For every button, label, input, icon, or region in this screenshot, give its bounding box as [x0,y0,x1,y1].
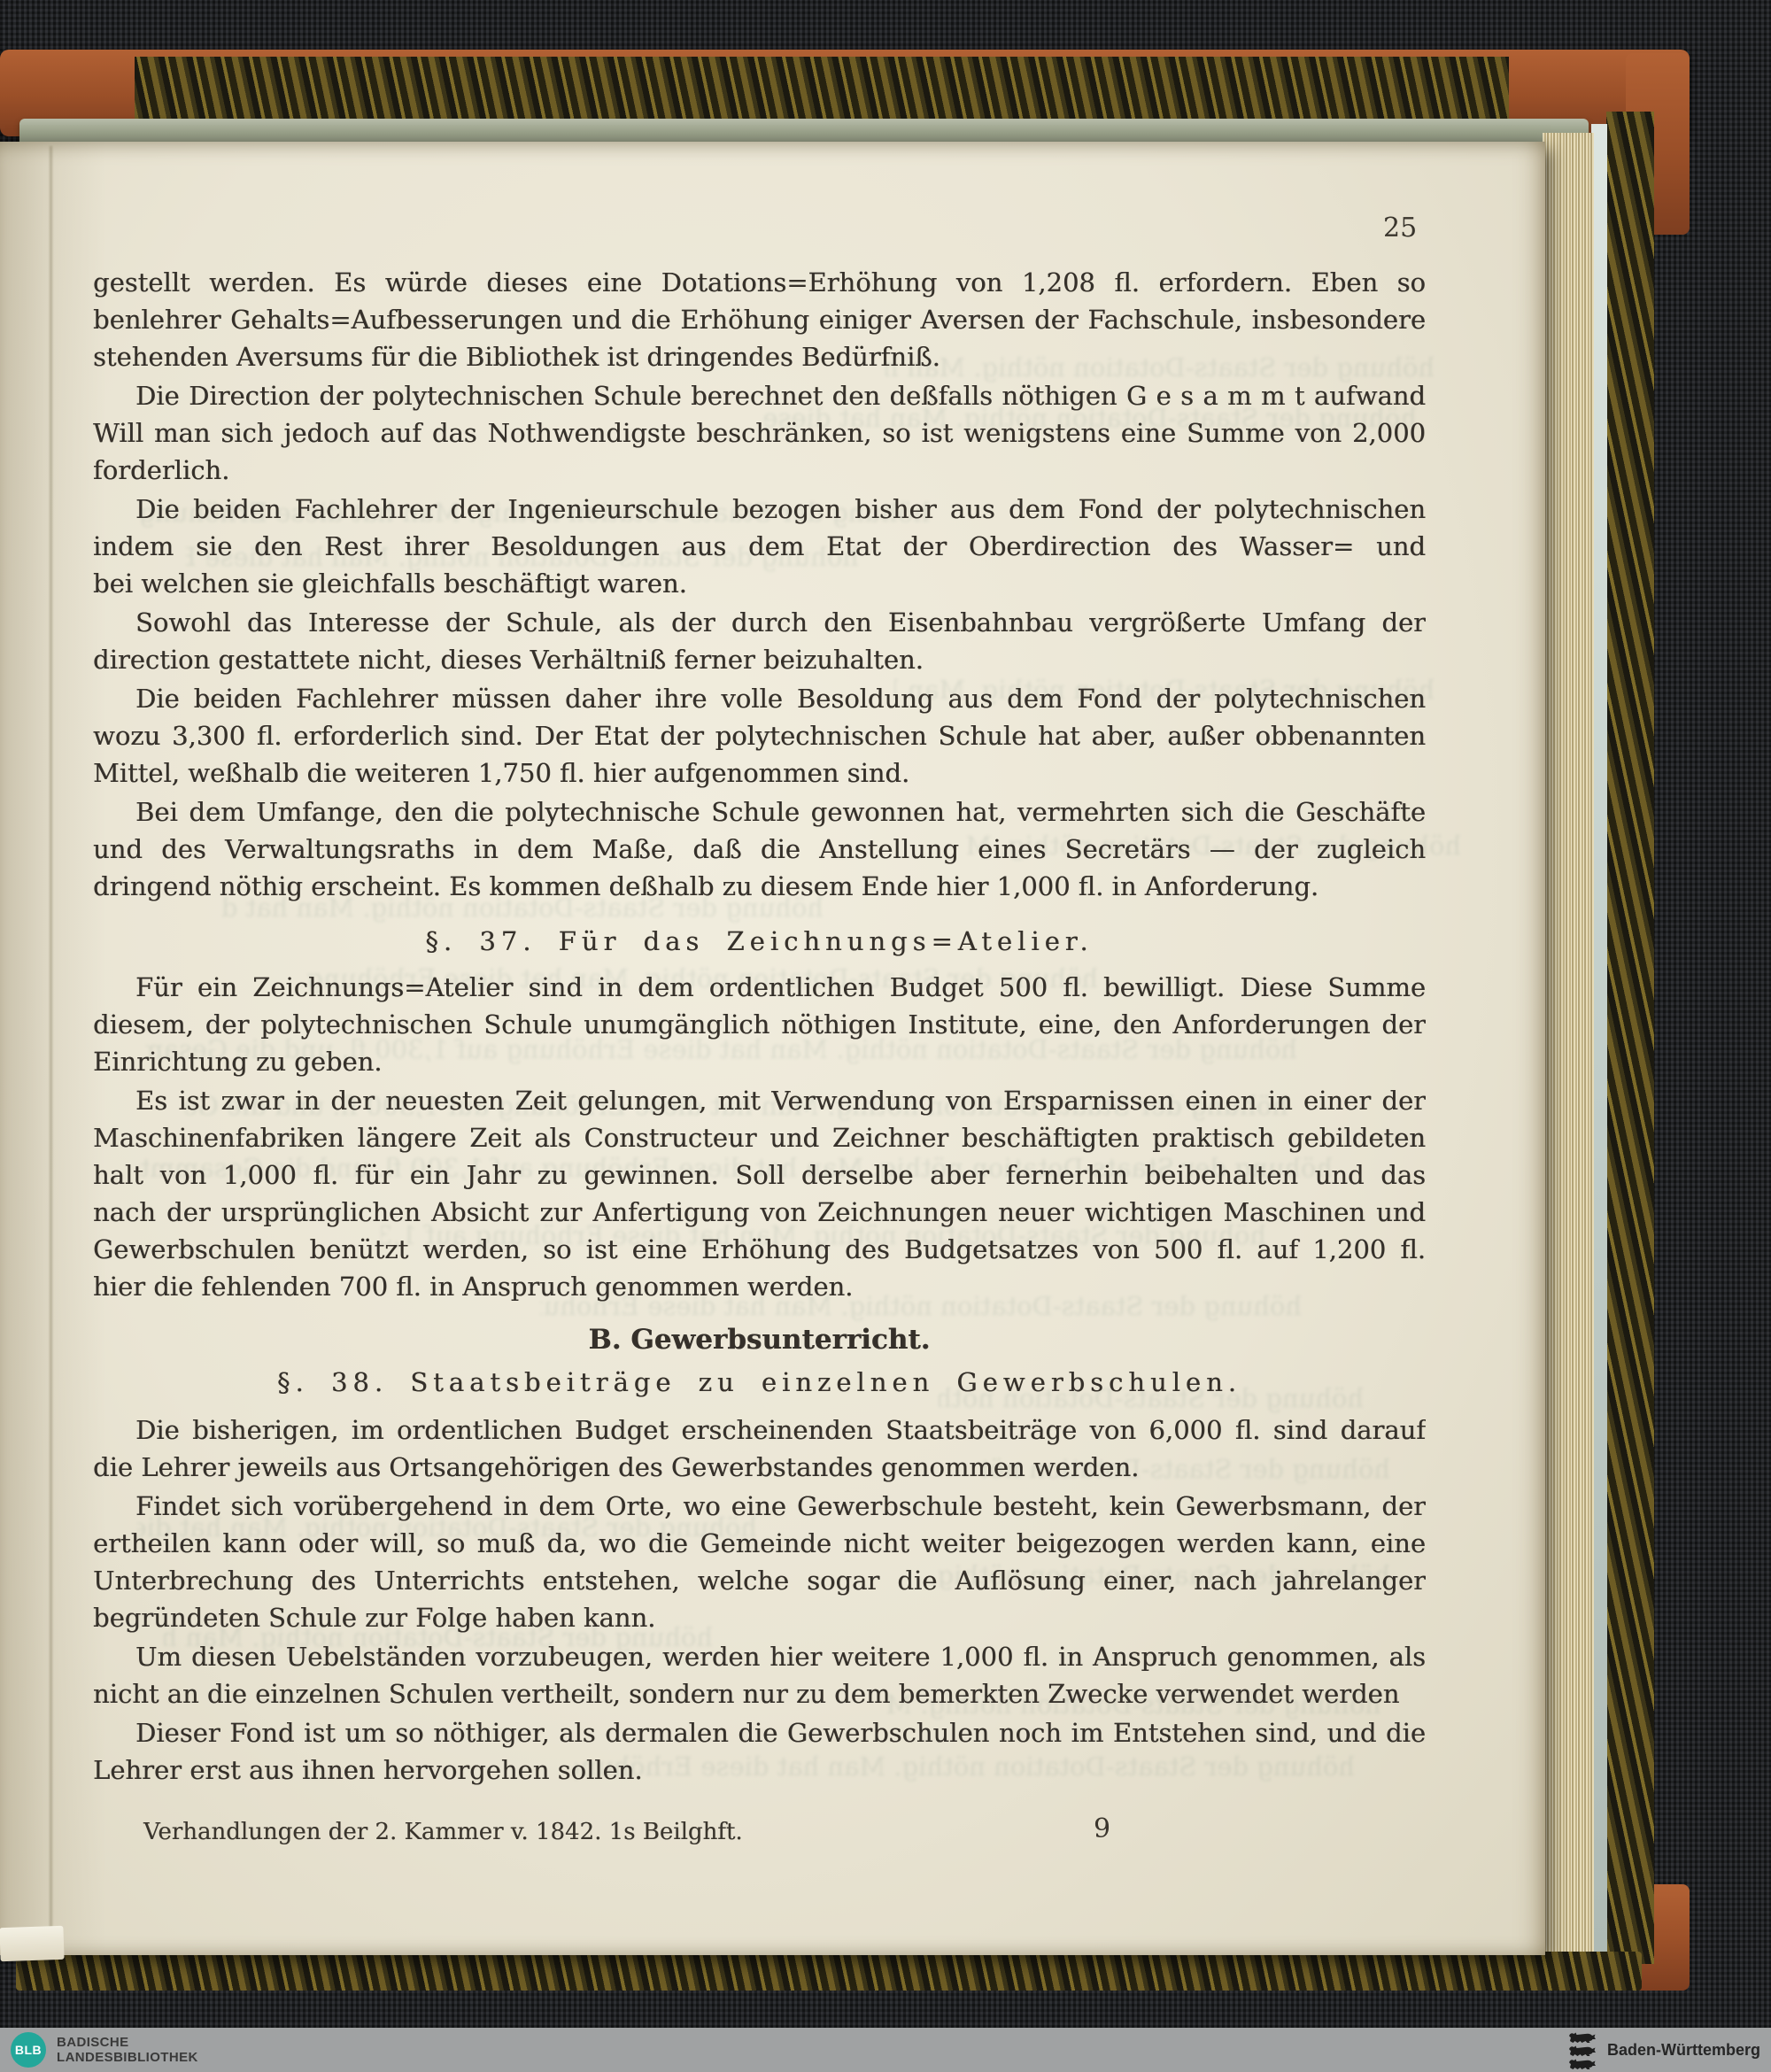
text-line: Lehrer erst aus ihnen hervorgehen sollen… [93,1751,1426,1789]
text-line: benlehrer Gehalts=Aufbesserungen und die… [93,301,1426,338]
text-line: nach der ursprünglichen Absicht zur Anfe… [93,1194,1426,1231]
text-line: Will man sich jedoch auf das Nothwendigs… [93,414,1426,452]
facing-page-sliver [0,1926,65,1961]
library-name-line1: BADISCHE [57,2035,198,2050]
text-line: nicht an die einzelnen Schulen vertheilt… [93,1675,1426,1712]
paragraph: Es ist zwar in der neuesten Zeit gelunge… [93,1082,1426,1305]
text-line: direction gestattete nicht, dieses Verhä… [93,641,1426,678]
text-line: ertheilen kann oder will, so muß da, wo … [93,1525,1426,1562]
text-line: forderlich. [93,452,1426,489]
page-footer-imprint: Verhandlungen der 2. Kammer v. 1842. 1s … [143,1819,743,1845]
gutter-shadow [0,142,106,1955]
paragraph: Um diesen Uebelständen vorzubeugen, werd… [93,1638,1426,1712]
text-line: Für ein Zeichnungs=Atelier sind in dem o… [93,969,1426,1006]
text-line: Maschinenfabriken längere Zeit als Const… [93,1119,1426,1156]
paragraph: Dieser Fond ist um so nöthiger, als derm… [93,1714,1426,1789]
text-line: begründeten Schule zur Folge haben kann. [93,1599,1426,1636]
text-line: dringend nöthig erscheint. Es kommen deß… [93,868,1426,905]
paragraph: Für ein Zeichnungs=Atelier sind in dem o… [93,969,1426,1080]
library-name-line2: LANDESBIBLIOTHEK [57,2050,198,2065]
text-line: Dieser Fond ist um so nöthiger, als derm… [93,1714,1426,1751]
page-number: 25 [1383,213,1417,244]
section-heading: §. 37. Für das Zeichnungs=Atelier. [93,921,1426,962]
text-line: Die Direction der polytechnischen Schule… [93,377,1426,414]
paragraph: Bei dem Umfange, den die polytechnische … [93,793,1426,905]
text-line: Einrichtung zu geben. [93,1043,1426,1080]
book-cover-marbled-bottom-edge [16,1952,1642,1991]
text-line: Findet sich vorübergehend in dem Orte, w… [93,1488,1426,1525]
text-line: Bei dem Umfange, den die polytechnische … [93,793,1426,831]
blb-logo-icon[interactable]: BLB [11,2032,46,2068]
gutter-crease [50,146,52,1951]
text-line: Unterbrechung des Unterrichts entstehen,… [93,1562,1426,1599]
text-line: Sowohl das Interesse der Schule, als der… [93,604,1426,641]
text-line: wozu 3,300 fl. erforderlich sind. Der Et… [93,717,1426,754]
paragraph: Findet sich vorübergehend in dem Orte, w… [93,1488,1426,1636]
text-line: Um diesen Uebelständen vorzubeugen, werd… [93,1638,1426,1675]
state-logo[interactable]: Baden-Württemberg [1566,2030,1760,2069]
library-name: BADISCHE LANDESBIBLIOTHEK [57,2035,198,2065]
section-heading: §. 38. Staatsbeiträge zu einzelnen Gewer… [93,1362,1426,1403]
text-line: halt von 1,000 fl. für ein Jahr zu gewin… [93,1156,1426,1194]
text-line: und des Verwaltungsraths in dem Maße, da… [93,831,1426,868]
text-line: Mittel, weßhalb die weiteren 1,750 fl. h… [93,754,1426,792]
state-name: Baden-Württemberg [1607,2041,1760,2060]
text-line: hier die fehlenden 700 fl. in Anspruch g… [93,1268,1426,1305]
library-viewer-screen: höhung der Staats-Dotation nöthig. Man h… [0,0,1771,2072]
paragraph: Sowohl das Interesse der Schule, als der… [93,604,1426,678]
text-line: stehenden Aversums für die Bibliothek is… [93,338,1426,375]
library-logo[interactable]: BLB BADISCHE LANDESBIBLIOTHEK [11,2032,198,2068]
chapter-heading: B. Gewerbsunterricht. [93,1319,1426,1360]
text-line: diesem, der polytechnischen Schule unumg… [93,1006,1426,1043]
signature-mark: 9 [1094,1813,1110,1844]
page-block-fore-edge [1543,133,1594,1955]
paragraph: Die Direction der polytechnischen Schule… [93,377,1426,489]
paragraph: Die beiden Fachlehrer der Ingenieurschul… [93,491,1426,602]
text-line: bei welchen sie gleichfalls beschäftigt … [93,565,1426,602]
text-line: Gewerbschulen benützt werden, so ist ein… [93,1231,1426,1268]
viewer-footer-bar: BLB BADISCHE LANDESBIBLIOTHEK Baden-Würt… [0,2028,1771,2072]
text-line: Die bisherigen, im ordentlichen Budget e… [93,1411,1426,1449]
text-line: Die beiden Fachlehrer der Ingenieurschul… [93,491,1426,528]
page-text-column: gestellt werden. Es würde dieses eine Do… [93,264,1426,1790]
text-line: die Lehrer jeweils aus Ortsangehörigen d… [93,1449,1426,1486]
text-line: Es ist zwar in der neuesten Zeit gelunge… [93,1082,1426,1119]
book-cover-marbled-right-edge [1606,112,1654,1964]
paragraph: Die bisherigen, im ordentlichen Budget e… [93,1411,1426,1486]
baden-wuerttemberg-coat-of-arms-icon [1566,2030,1598,2069]
paragraph: Die beiden Fachlehrer müssen daher ihre … [93,680,1426,792]
text-line: Die beiden Fachlehrer müssen daher ihre … [93,680,1426,717]
paragraph: gestellt werden. Es würde dieses eine Do… [93,264,1426,375]
text-line: indem sie den Rest ihrer Besoldungen aus… [93,528,1426,565]
text-line: gestellt werden. Es würde dieses eine Do… [93,264,1426,301]
